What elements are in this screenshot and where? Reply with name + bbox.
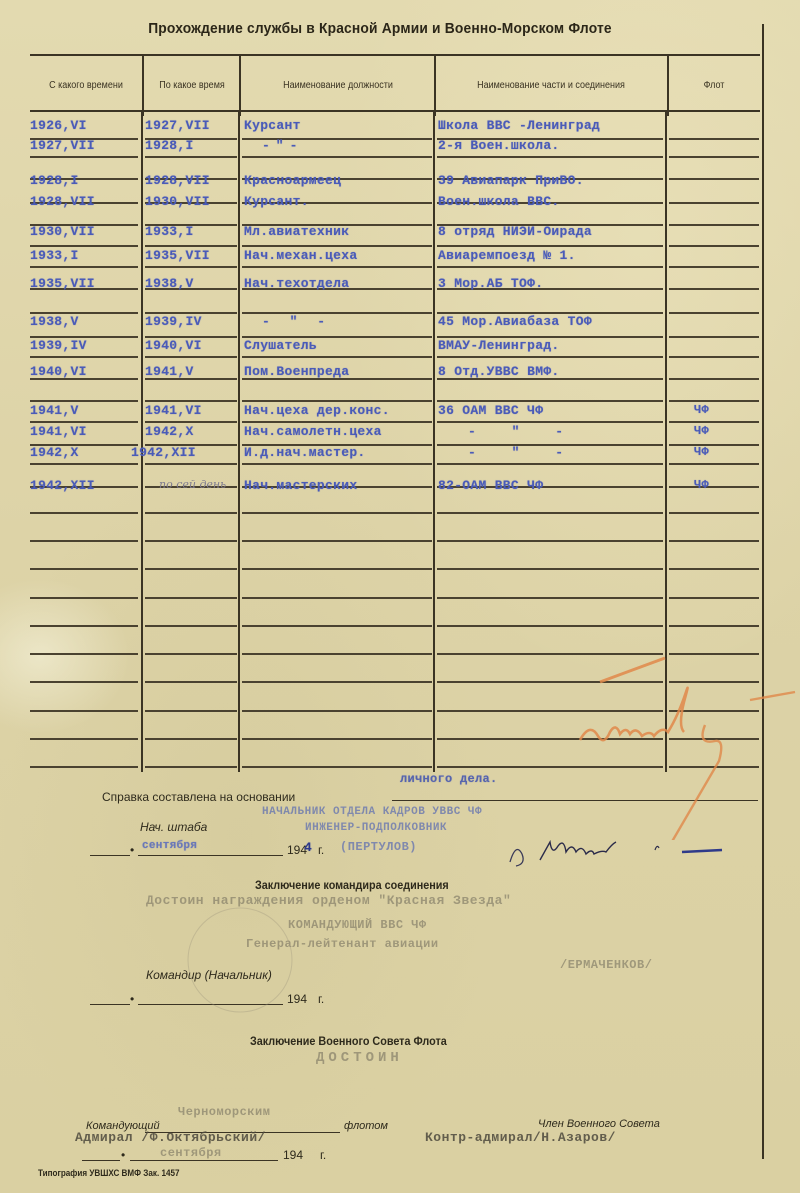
cell-position: Нач.цеха дер.конс. [244, 403, 390, 418]
cell-fleet: ЧФ [694, 445, 709, 459]
cell-to: 1942,XII [131, 445, 196, 460]
council-conclusion-text: ДОСТОИН [316, 1050, 403, 1066]
row-rule [145, 681, 237, 683]
fleet-commander-stamp: Адмирал /Ф.Октябрьский/ [75, 1130, 266, 1145]
document-title: Прохождение службы в Красной Армии и Вое… [30, 20, 729, 37]
row-rule [30, 356, 138, 358]
cell-to: 1935,VII [145, 248, 210, 263]
col-divider [142, 56, 144, 116]
cell-to: 1927,VII [145, 118, 210, 133]
faint-round-stamp [160, 900, 340, 1020]
row-rule [30, 540, 138, 542]
cell-to: 1942,X [145, 424, 194, 439]
col-divider [239, 56, 241, 116]
cell-fleet: ЧФ [694, 424, 709, 438]
cell-to: 1938,V [145, 276, 194, 291]
page-border [762, 24, 764, 1159]
row-rule [242, 681, 432, 683]
row-rule [242, 245, 432, 247]
row-rule [145, 766, 237, 768]
row-rule [669, 512, 759, 514]
cell-to: 1928,I [145, 138, 194, 153]
row-rule [437, 421, 663, 423]
commander-stamp-name: /ЕРМАЧЕНКОВ/ [560, 958, 652, 972]
col-header-to: По какое время [154, 62, 230, 108]
row-rule [669, 421, 759, 423]
cell-from: 1928,I [30, 173, 79, 188]
cell-from: 1942,XII [30, 478, 95, 493]
row-rule [145, 625, 237, 627]
row-rule [669, 245, 759, 247]
row-rule [669, 356, 759, 358]
cell-to: 1941,V [145, 364, 194, 379]
cell-unit: 39 Авиапарк ПриВО. [438, 173, 584, 188]
row-rule [30, 400, 138, 402]
cell-position: - " - [262, 314, 331, 329]
row-rule [669, 202, 759, 204]
row-rule [242, 400, 432, 402]
cell-position: Мл.авиатехник [244, 224, 349, 239]
col-divider [433, 112, 435, 772]
row-rule [437, 156, 663, 158]
row-rule [669, 540, 759, 542]
chief-date-month: сентября [142, 840, 197, 852]
row-rule [242, 512, 432, 514]
cell-from: 1940,VI [30, 364, 87, 379]
cell-unit: Воен.школа ВВС. [438, 194, 560, 209]
row-rule [669, 138, 759, 140]
row-rule [669, 266, 759, 268]
row-rule [30, 653, 138, 655]
month-underline [138, 855, 283, 856]
row-rule [242, 710, 432, 712]
cell-unit: ВМАУ-Ленинград. [438, 338, 560, 353]
row-rule [669, 463, 759, 465]
row-rule [30, 156, 138, 158]
row-rule [437, 597, 663, 599]
cell-position: Курсант [244, 118, 301, 133]
row-rule [30, 710, 138, 712]
row-rule [242, 625, 432, 627]
row-rule [145, 738, 237, 740]
table-top-rule [30, 54, 760, 56]
cell-position: -"- [262, 138, 303, 153]
row-rule [30, 625, 138, 627]
row-rule [669, 597, 759, 599]
cell-unit: 82-ОАМ ВВС ЧФ [438, 478, 543, 493]
cell-from: 1935,VII [30, 276, 95, 291]
col-header-unit: Наименование части и соединения [449, 62, 652, 108]
chief-label: Нач. штаба [140, 820, 207, 834]
orange-signature [570, 640, 800, 840]
row-rule [145, 540, 237, 542]
cell-unit: 2-я Воен.школа. [438, 138, 560, 153]
row-rule [242, 653, 432, 655]
cell-position: Слушатель [244, 338, 317, 353]
row-rule [669, 336, 759, 338]
row-rule [437, 400, 663, 402]
row-rule [145, 156, 237, 158]
cell-to: 1940,VI [145, 338, 202, 353]
year-unit: г. [318, 843, 324, 857]
cell-position: Нач.самолетн.цеха [244, 424, 382, 439]
row-rule [30, 766, 138, 768]
date-dot: • [130, 992, 134, 1006]
cell-from: 1926,VI [30, 118, 87, 133]
row-rule [669, 224, 759, 226]
row-rule [30, 568, 138, 570]
row-rule [242, 597, 432, 599]
chief-stamp-name: (ПЕРТУЛОВ) [340, 840, 417, 854]
cell-position: Пом.Военпреда [244, 364, 349, 379]
council-member-label: Член Военного Совета [538, 1118, 660, 1130]
row-rule [437, 512, 663, 514]
day-underline [82, 1160, 120, 1161]
printer-footer: Типография УВШХС ВМФ Зак. 1457 [38, 1168, 179, 1178]
table-header-rule [30, 110, 760, 112]
cell-position: Красноармеец [244, 173, 341, 188]
cell-unit: - " - [468, 424, 577, 439]
col-header-fleet: Флот [674, 62, 753, 108]
cell-position: И.д.нач.мастер. [244, 445, 366, 460]
row-rule [242, 766, 432, 768]
cell-position: Нач.мастерских [244, 478, 357, 493]
row-rule [30, 463, 138, 465]
row-rule [669, 288, 759, 290]
cell-unit: 8 отряд НИЭИ-Оирада [438, 224, 592, 239]
cell-unit: 3 Мор.АБ ТОФ. [438, 276, 543, 291]
cell-from: 1939,IV [30, 338, 87, 353]
cell-position: Нач.техотдела [244, 276, 349, 291]
date-dot: • [121, 1148, 125, 1162]
cell-unit: 36 ОАМ ВВС ЧФ [438, 403, 543, 418]
row-rule [30, 738, 138, 740]
cell-to: 1930,VII [145, 194, 210, 209]
row-rule [145, 421, 237, 423]
cell-fleet: ЧФ [694, 478, 709, 492]
year-prefix: 194 [283, 1148, 303, 1162]
row-rule [437, 245, 663, 247]
row-rule [30, 512, 138, 514]
cell-position: Курсант. [244, 194, 309, 209]
cell-to: по сей день [159, 478, 226, 491]
cell-to: 1928,VII [145, 173, 210, 188]
col-divider [141, 112, 143, 772]
row-rule [437, 568, 663, 570]
council-member-stamp: Контр-адмирал/Н.Азаров/ [425, 1130, 616, 1145]
row-rule [437, 356, 663, 358]
row-rule [145, 653, 237, 655]
council-date-month: сентября [160, 1146, 222, 1160]
row-rule [669, 312, 759, 314]
col-divider [238, 112, 240, 772]
cell-to: 1933,I [145, 224, 194, 239]
row-rule [669, 568, 759, 570]
row-rule [437, 540, 663, 542]
cell-fleet: ЧФ [694, 403, 709, 417]
year-suffix: 4 [304, 840, 312, 855]
chief-stamp-line-1: НАЧАЛЬНИК ОТДЕЛА КАДРОВ УВВС ЧФ [262, 806, 482, 818]
commander-conclusion-heading: Заключение командира соединения [255, 878, 449, 892]
cell-from: 1930,VII [30, 224, 95, 239]
day-underline [90, 855, 130, 856]
fleet-label: флотом [344, 1120, 388, 1132]
cell-from: 1941,V [30, 403, 79, 418]
col-header-from: С какого времени [36, 62, 137, 108]
cell-from: 1938,V [30, 314, 79, 329]
fleet-stamp: Черноморским [178, 1105, 270, 1119]
cell-from: 1933,I [30, 248, 79, 263]
row-rule [437, 266, 663, 268]
cell-to: 1939,IV [145, 314, 202, 329]
row-rule [145, 568, 237, 570]
month-underline [130, 1160, 278, 1161]
cell-unit: Школа ВВС -Ленинград [438, 118, 600, 133]
row-rule [669, 625, 759, 627]
cell-from: 1941,VI [30, 424, 87, 439]
col-divider [434, 56, 436, 116]
row-rule [145, 512, 237, 514]
cell-unit: 45 Мор.Авиабаза ТОФ [438, 314, 592, 329]
row-rule [242, 266, 432, 268]
cell-from: 1942,X [30, 445, 79, 460]
col-header-position: Наименование должности [253, 62, 422, 108]
row-rule [30, 245, 138, 247]
row-rule [242, 568, 432, 570]
cell-from: 1927,VII [30, 138, 95, 153]
row-rule [145, 597, 237, 599]
row-rule [242, 156, 432, 158]
row-rule [669, 378, 759, 380]
basis-value: личного дела. [400, 772, 498, 786]
year-unit: г. [320, 1148, 326, 1162]
row-rule [242, 356, 432, 358]
row-rule [437, 463, 663, 465]
row-rule [242, 540, 432, 542]
basis-label: Справка составлена на основании [102, 790, 295, 804]
cell-unit: - " - [468, 445, 577, 460]
cell-unit: Авиаремпоезд № 1. [438, 248, 576, 263]
row-rule [145, 463, 237, 465]
cell-from: 1928,VII [30, 194, 95, 209]
row-rule [145, 356, 237, 358]
row-rule [437, 625, 663, 627]
col-divider [667, 56, 669, 116]
cell-to: 1941,VI [145, 403, 202, 418]
row-rule [242, 421, 432, 423]
row-rule [30, 266, 138, 268]
chief-stamp-line-2: ИНЖЕНЕР-ПОДПОЛКОВНИК [305, 822, 447, 834]
row-rule [242, 738, 432, 740]
row-rule [145, 266, 237, 268]
row-rule [669, 178, 759, 180]
council-conclusion-heading: Заключение Военного Совета Флота [250, 1034, 447, 1048]
row-rule [145, 245, 237, 247]
row-rule [669, 486, 759, 488]
row-rule [669, 444, 759, 446]
date-dot: • [130, 843, 134, 857]
row-rule [30, 597, 138, 599]
cell-unit: 8 Отд.УВВС ВМФ. [438, 364, 560, 379]
row-rule [30, 681, 138, 683]
row-rule [145, 400, 237, 402]
row-rule [145, 710, 237, 712]
row-rule [669, 400, 759, 402]
row-rule [669, 156, 759, 158]
cell-position: Нач.механ.цеха [244, 248, 357, 263]
row-rule [242, 463, 432, 465]
row-rule [30, 421, 138, 423]
day-underline [90, 1004, 130, 1005]
